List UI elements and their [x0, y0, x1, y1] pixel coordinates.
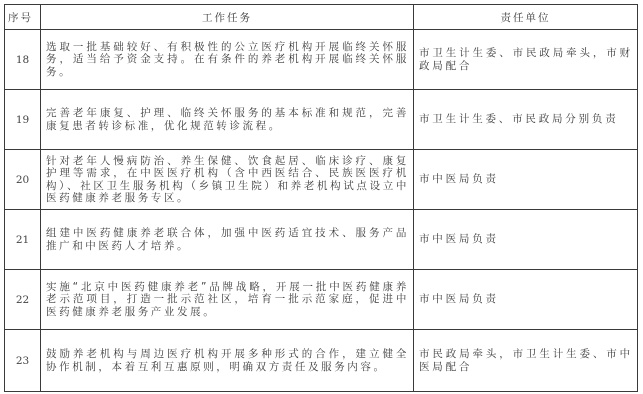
row-task: 实施“北京中医药健康养老”品牌战略，开展一批中医药健康养老示范项目，打造一批示范… — [41, 270, 414, 330]
row-unit: 市卫生计生委、市民政局分别负责 — [414, 90, 638, 150]
table-row: 21 组建中医药健康养老联合体，加强中医药适宜技术、服务产品推广和中医药人才培养… — [5, 210, 638, 270]
table-row: 18 选取一批基础较好、有积极性的公立医疗机构开展临终关怀服务，适当给予资金支持… — [5, 30, 638, 90]
table-row: 23 鼓励养老机构与周边医疗机构开展多种形式的合作，建立健全协作机制，本着互利互… — [5, 330, 638, 392]
row-unit: 市民政局牵头，市卫生计生委、市中医局配合 — [414, 330, 638, 392]
row-number: 21 — [5, 210, 41, 270]
row-task: 针对老年人慢病防治、养生保健、饮食起居、临床诊疗、康复护理等需求，在中医医疗机构… — [41, 150, 414, 210]
row-number: 18 — [5, 30, 41, 90]
row-number: 22 — [5, 270, 41, 330]
table-row: 19 完善老年康复、护理、临终关怀服务的基本标准和规范，完善康复患者转诊标准，优… — [5, 90, 638, 150]
row-unit: 市卫生计生委、市民政局牵头，市财政局配合 — [414, 30, 638, 90]
row-task: 组建中医药健康养老联合体，加强中医药适宜技术、服务产品推广和中医药人才培养。 — [41, 210, 414, 270]
table-row: 22 实施“北京中医药健康养老”品牌战略，开展一批中医药健康养老示范项目，打造一… — [5, 270, 638, 330]
table-header-row: 序号 工作任务 责任单位 — [5, 5, 638, 30]
header-unit: 责任单位 — [414, 5, 638, 30]
row-unit: 市中医局负责 — [414, 150, 638, 210]
row-task: 鼓励养老机构与周边医疗机构开展多种形式的合作，建立健全协作机制，本着互利互惠原则… — [41, 330, 414, 392]
table-row: 20 针对老年人慢病防治、养生保健、饮食起居、临床诊疗、康复护理等需求，在中医医… — [5, 150, 638, 210]
row-task: 完善老年康复、护理、临终关怀服务的基本标准和规范，完善康复患者转诊标准，优化规范… — [41, 90, 414, 150]
row-number: 23 — [5, 330, 41, 392]
row-number: 20 — [5, 150, 41, 210]
task-responsibility-table: 序号 工作任务 责任单位 18 选取一批基础较好、有积极性的公立医疗机构开展临终… — [4, 4, 638, 392]
row-unit: 市中医局负责 — [414, 210, 638, 270]
row-unit: 市中医局负责 — [414, 270, 638, 330]
header-number: 序号 — [5, 5, 41, 30]
row-task: 选取一批基础较好、有积极性的公立医疗机构开展临终关怀服务，适当给予资金支持。在有… — [41, 30, 414, 90]
row-number: 19 — [5, 90, 41, 150]
header-task: 工作任务 — [41, 5, 414, 30]
